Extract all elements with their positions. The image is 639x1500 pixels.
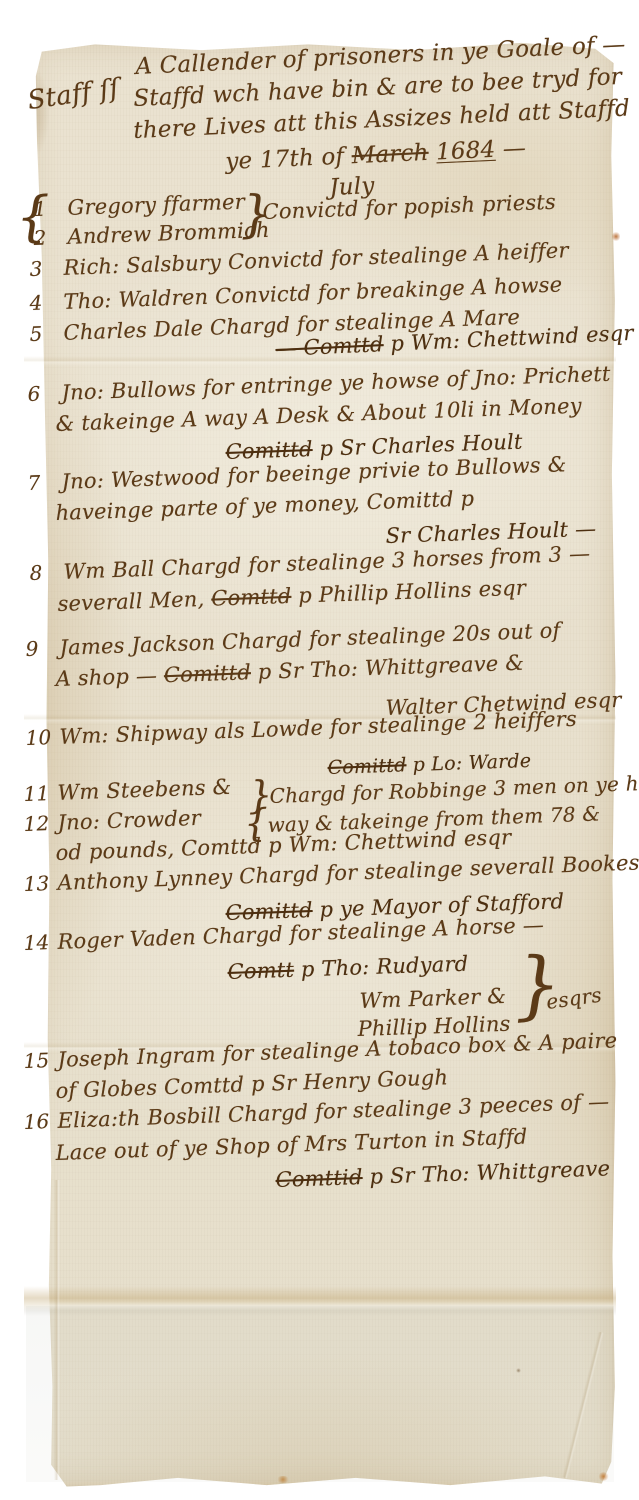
struck-month: March: [351, 140, 429, 169]
entry-14-committal-2: Wm Parker &: [359, 984, 506, 1013]
manuscript-photo: A Callender of prisoners in ye Goale of …: [0, 0, 639, 1500]
year-value: 1684: [435, 137, 495, 166]
